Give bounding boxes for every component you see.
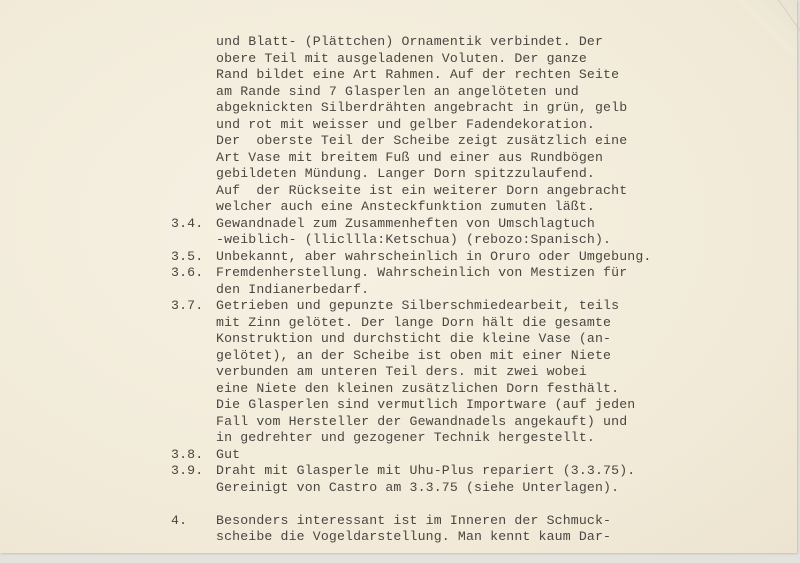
text-line: Fremdenherstellung. Wahrscheinlich von M… [216, 265, 627, 280]
text-line: den Indianerbedarf. [216, 282, 369, 297]
intro-paragraph: und Blatt- (Plättchen) Ornamentik verbin… [216, 34, 651, 216]
text-line: am Rande sind 7 Glasperlen an angelötete… [216, 84, 651, 101]
section-3-6: 3.6.Fremdenherstellung. Wahrscheinlich v… [171, 265, 651, 298]
section-number: 3.8. [171, 447, 216, 464]
text-line: Auf der Rückseite ist ein weiterer Dorn … [216, 183, 651, 200]
typewritten-page: und Blatt- (Plättchen) Ornamentik verbin… [0, 0, 797, 553]
text-line: Gut [216, 447, 240, 462]
text-line: Besonders interessant ist im Inneren der… [216, 513, 611, 528]
section-4: 4.Besonders interessant ist im Inneren d… [171, 513, 651, 546]
text-line: und Blatt- (Plättchen) Ornamentik verbin… [216, 34, 651, 51]
text-line: Konstruktion und durchsticht die kleine … [216, 331, 611, 346]
text-line: Gewandnadel zum Zusammenheften von Umsch… [216, 216, 595, 231]
text-line: Die Glasperlen sind vermutlich Importwar… [216, 397, 635, 412]
text-line: Unbekannt, aber wahrscheinlich in Oruro … [216, 249, 651, 264]
section-3-7: 3.7.Getrieben und gepunzte Silberschmied… [171, 298, 651, 447]
text-line: scheibe die Vogeldarstellung. Man kennt … [216, 529, 611, 544]
document-body: und Blatt- (Plättchen) Ornamentik verbin… [216, 34, 651, 546]
text-line: Draht mit Glasperle mit Uhu-Plus reparie… [216, 463, 635, 478]
text-line: -weiblich- (llicllla:Ketschua) (rebozo:S… [216, 232, 611, 247]
section-number: 3.9. [171, 463, 216, 480]
section-number: 3.4. [171, 216, 216, 233]
text-line: Gereinigt von Castro am 3.3.75 (siehe Un… [216, 480, 619, 495]
section-number: 3.5. [171, 249, 216, 266]
text-line: Fall vom Hersteller der Gewandnadels ang… [216, 414, 627, 429]
text-line: Getrieben und gepunzte Silberschmiedearb… [216, 298, 619, 313]
text-line: und rot mit weisser und gelber Fadendeko… [216, 117, 651, 134]
section-3-9: 3.9.Draht mit Glasperle mit Uhu-Plus rep… [171, 463, 651, 496]
text-line: verbunden am unteren Teil ders. mit zwei… [216, 364, 587, 379]
section-3-5: 3.5.Unbekannt, aber wahrscheinlich in Or… [171, 249, 651, 266]
text-line: Art Vase mit breitem Fuß und einer aus R… [216, 150, 651, 167]
section-3-8: 3.8.Gut [171, 447, 651, 464]
blank-line [216, 496, 651, 513]
text-line: in gedrehter und gezogener Technik herge… [216, 430, 595, 445]
text-line: Rand bildet eine Art Rahmen. Auf der rec… [216, 67, 651, 84]
text-line: gelötet), an der Scheibe ist oben mit ei… [216, 348, 611, 363]
text-line: welcher auch eine Ansteckfunktion zumute… [216, 199, 651, 216]
folded-corner [737, 0, 797, 60]
section-3-4: 3.4.Gewandnadel zum Zusammenheften von U… [171, 216, 651, 249]
section-number: 4. [171, 513, 216, 530]
section-number: 3.6. [171, 265, 216, 282]
text-line: abgeknickten Silberdrähten angebracht in… [216, 100, 651, 117]
text-line: mit Zinn gelötet. Der lange Dorn hält di… [216, 315, 611, 330]
text-line: Der oberste Teil der Scheibe zeigt zusät… [216, 133, 651, 150]
text-line: eine Niete den kleinen zusätzlichen Dorn… [216, 381, 619, 396]
section-number: 3.7. [171, 298, 216, 315]
text-line: gebildeten Mündung. Langer Dorn spitzzul… [216, 166, 651, 183]
text-line: obere Teil mit ausgeladenen Voluten. Der… [216, 51, 651, 68]
